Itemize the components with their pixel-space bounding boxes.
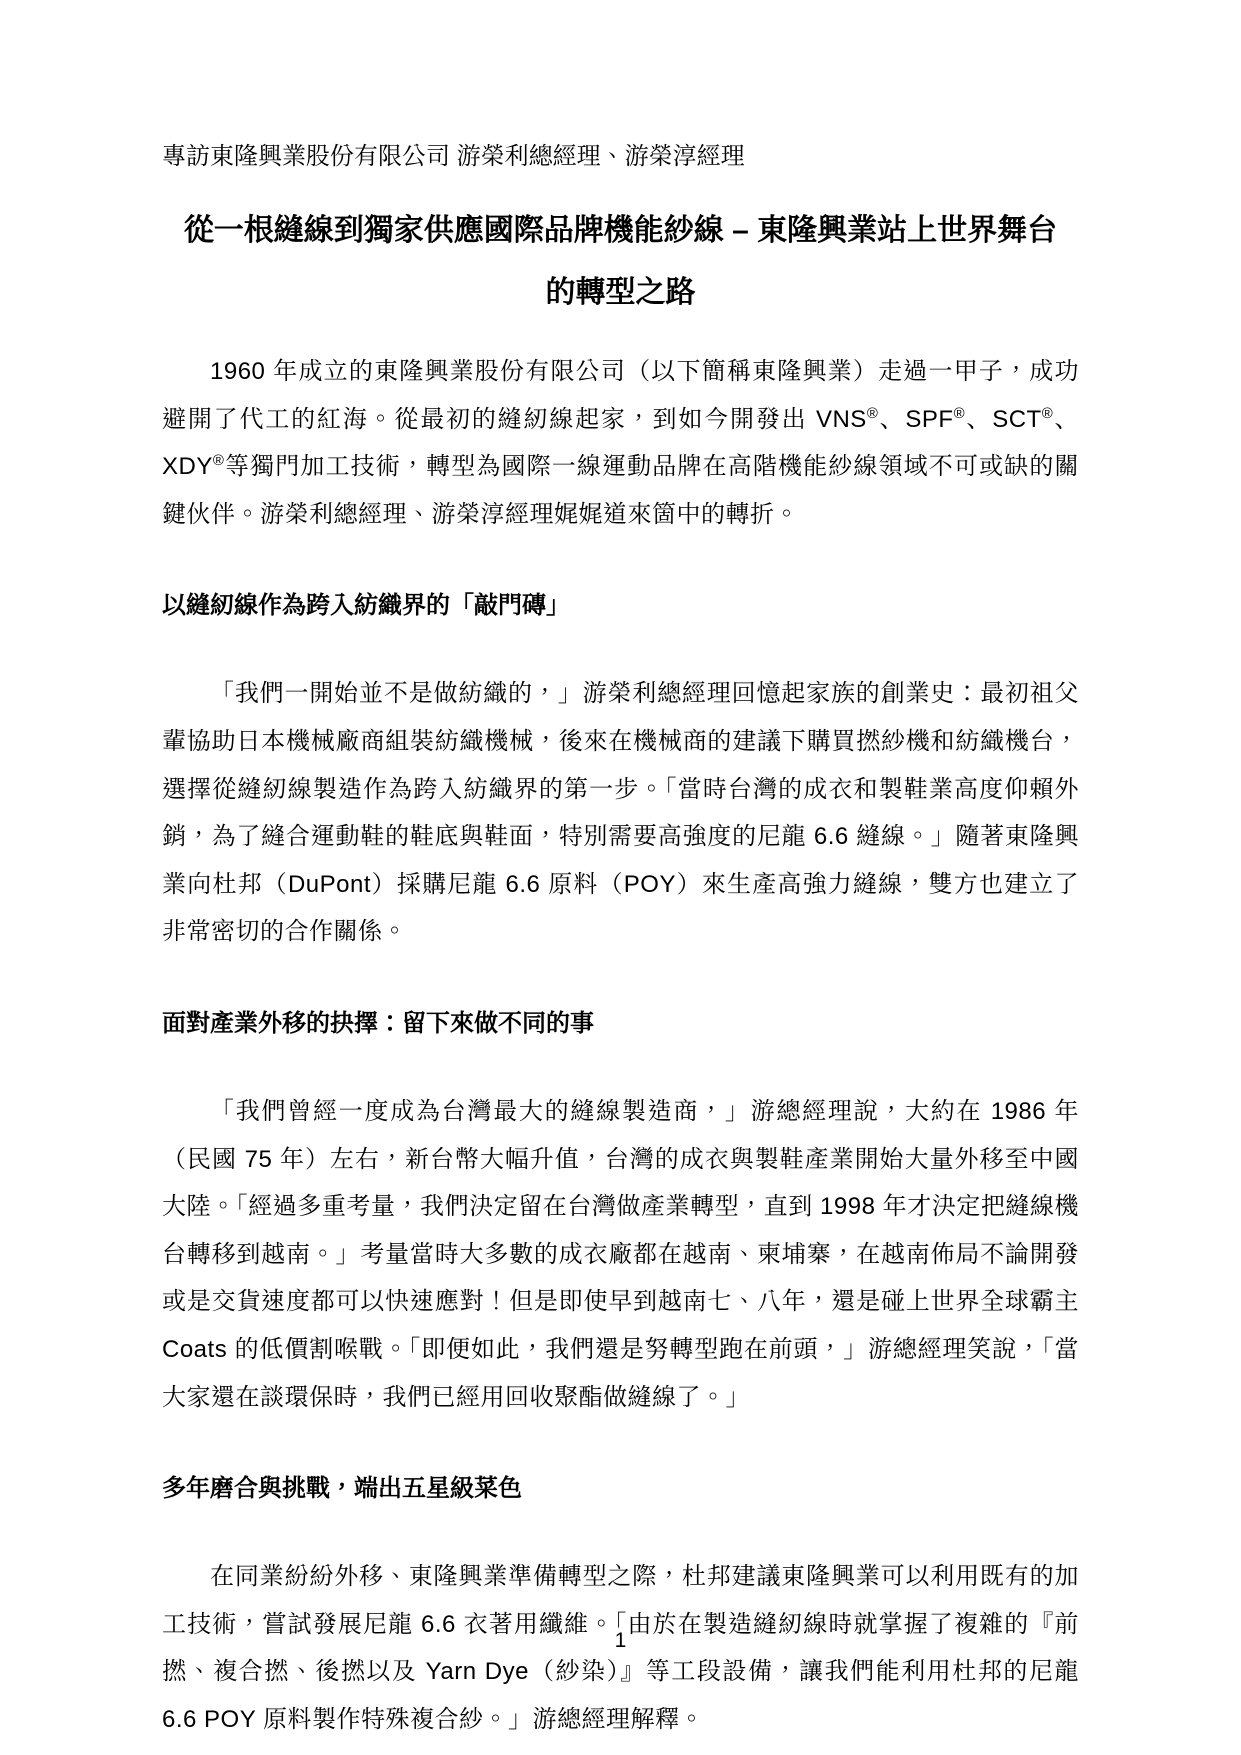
byline: 專訪東隆興業股份有限公司 游榮利總經理、游榮淳經理 (162, 140, 1079, 174)
paragraph-intro: 1960 年成立的東隆興業股份有限公司（以下簡稱東隆興業）走過一甲子，成功避開了… (162, 348, 1079, 538)
document-page: 專訪東隆興業股份有限公司 游榮利總經理、游榮淳經理 從一根縫線到獨家供應國際品牌… (0, 0, 1241, 1755)
section-heading-sewing-thread: 以縫紉線作為跨入紡織界的「敲門磚」 (162, 588, 1079, 624)
section-heading-industry-relocation: 面對產業外移的抉擇：留下來做不同的事 (162, 1006, 1079, 1042)
paragraph-founding-history: 「我們一開始並不是做紡織的，」游榮利總經理回憶起家族的創業史：最初祖父輩協助日本… (162, 670, 1079, 956)
section-heading-years-of-refinement: 多年磨合與挑戰，端出五星級菜色 (162, 1471, 1079, 1507)
article-title-line-1: 從一根縫線到獨家供應國際品牌機能紗線 – 東隆興業站上世界舞台 (162, 200, 1079, 262)
article-title: 從一根縫線到獨家供應國際品牌機能紗線 – 東隆興業站上世界舞台 的轉型之路 (162, 200, 1079, 324)
article-title-line-2: 的轉型之路 (162, 262, 1079, 324)
paragraph-relocation-decision: 「我們曾經一度成為台灣最大的縫線製造商，」游總經理說，大約在 1986 年（民國… (162, 1088, 1079, 1421)
page-number: 1 (0, 1627, 1241, 1655)
